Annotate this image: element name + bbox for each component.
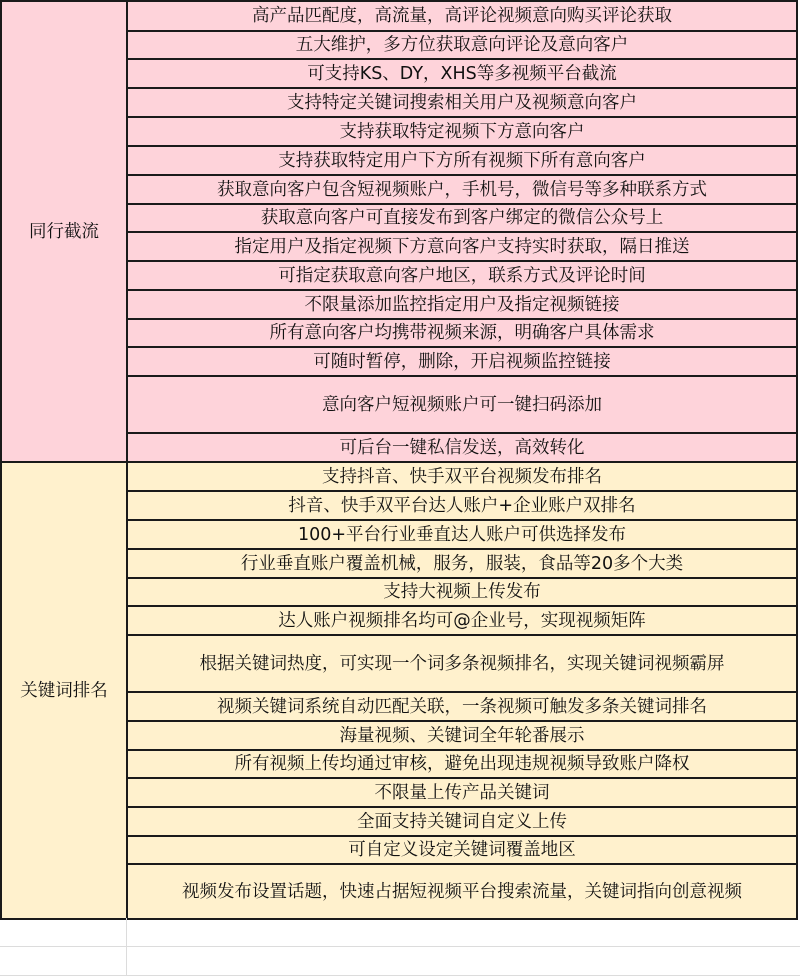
table-row: 关键词排名 支持抖音、快手双平台视频发布排名 (1, 462, 797, 491)
feature-cell[interactable]: 达人账户视频排名均可@企业号，实现视频矩阵 (127, 606, 797, 635)
feature-cell[interactable]: 行业垂直账户覆盖机械，服务，服装，食品等20多个大类 (127, 549, 797, 578)
feature-cell[interactable]: 所有视频上传均通过审核，避免出现违规视频导致账户降权 (127, 750, 797, 778)
feature-cell[interactable]: 视频关键词系统自动匹配关联，一条视频可触发多条关键词排名 (127, 692, 797, 721)
feature-cell[interactable]: 可指定获取意向客户地区，联系方式及评论时间 (127, 261, 797, 290)
feature-cell[interactable]: 抖音、快手双平台达人账户+企业账户双排名 (127, 491, 797, 520)
feature-cell[interactable]: 支持抖音、快手双平台视频发布排名 (127, 462, 797, 491)
feature-cell[interactable]: 支持大视频上传发布 (127, 578, 797, 606)
empty-row (0, 947, 800, 976)
empty-cell[interactable] (0, 918, 127, 946)
feature-cell[interactable]: 五大维护，多方位获取意向评论及意向客户 (127, 31, 797, 59)
feature-cell[interactable]: 海量视频、关键词全年轮番展示 (127, 721, 797, 750)
feature-cell[interactable]: 指定用户及指定视频下方意向客户支持实时获取，隔日推送 (127, 232, 797, 261)
feature-cell[interactable]: 可自定义设定关键词覆盖地区 (127, 836, 797, 864)
empty-row (0, 918, 800, 947)
feature-cell[interactable]: 支持特定关键词搜索相关用户及视频意向客户 (127, 88, 797, 117)
feature-cell[interactable]: 视频发布设置话题，快速占据短视频平台搜索流量，关键词指向创意视频 (127, 864, 797, 919)
feature-cell[interactable]: 不限量上传产品关键词 (127, 778, 797, 807)
empty-cell[interactable] (0, 947, 127, 975)
feature-cell[interactable]: 根据关键词热度，可实现一个词多条视频排名，实现关键词视频霸屏 (127, 635, 797, 692)
feature-cell[interactable]: 可随时暂停，删除，开启视频监控链接 (127, 347, 797, 376)
feature-cell[interactable]: 高产品匹配度，高流量，高评论视频意向购买评论获取 (127, 1, 797, 31)
feature-cell[interactable]: 所有意向客户均携带视频来源，明确客户具体需求 (127, 319, 797, 347)
feature-cell[interactable]: 全面支持关键词自定义上传 (127, 807, 797, 836)
feature-cell[interactable]: 100+平台行业垂直达人账户可供选择发布 (127, 520, 797, 549)
feature-cell[interactable]: 支持获取特定用户下方所有视频下所有意向客户 (127, 146, 797, 175)
feature-cell[interactable]: 支持获取特定视频下方意向客户 (127, 117, 797, 146)
feature-cell[interactable]: 获取意向客户包含短视频账户，手机号，微信号等多种联系方式 (127, 175, 797, 204)
feature-cell[interactable]: 意向客户短视频账户可一键扫码添加 (127, 376, 797, 433)
spreadsheet: 同行截流 高产品匹配度，高流量，高评论视频意向购买评论获取 五大维护，多方位获取… (0, 0, 800, 978)
table-row: 同行截流 高产品匹配度，高流量，高评论视频意向购买评论获取 (1, 1, 797, 31)
empty-cell[interactable] (127, 947, 800, 975)
empty-cell[interactable] (127, 918, 800, 946)
feature-cell[interactable]: 可支持KS、DY，XHS等多视频平台截流 (127, 59, 797, 88)
category-cell-interception[interactable]: 同行截流 (1, 1, 127, 462)
empty-rows (0, 918, 800, 978)
feature-cell[interactable]: 可后台一键私信发送，高效转化 (127, 433, 797, 462)
feature-cell[interactable]: 不限量添加监控指定用户及指定视频链接 (127, 290, 797, 319)
feature-cell[interactable]: 获取意向客户可直接发布到客户绑定的微信公众号上 (127, 204, 797, 232)
category-cell-keyword-ranking[interactable]: 关键词排名 (1, 462, 127, 919)
feature-table: 同行截流 高产品匹配度，高流量，高评论视频意向购买评论获取 五大维护，多方位获取… (0, 0, 798, 920)
